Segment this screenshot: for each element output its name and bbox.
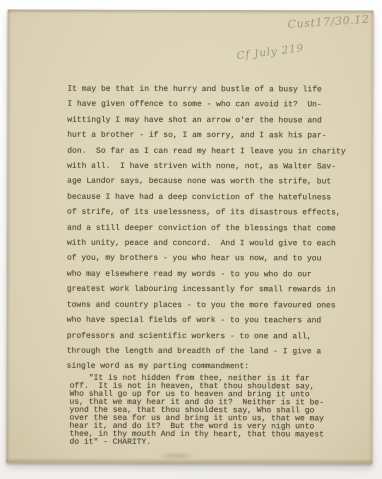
text-line: It may be that in the hurry and bustle o… — [67, 82, 345, 98]
text-line: with unity, peace and concord. And I wou… — [67, 236, 345, 252]
text-line: do it" - CHARITY. — [69, 438, 323, 447]
text-line: wittingly I may have shot an arrow o'er … — [67, 112, 345, 128]
paper-top-edge — [8, 10, 374, 15]
scanned-document-photo: Cust17/30.12 Cf July 219 It may be that … — [0, 0, 382, 479]
main-paragraph: It may be that in the hurry and bustle o… — [67, 82, 346, 375]
text-line: with all. I have striven with none, not,… — [67, 159, 345, 175]
text-line: through the length and breadth of the la… — [67, 344, 345, 360]
pencil-date-annotation: Cf July 219 — [236, 42, 305, 62]
text-line: and a still deeper conviction of the ble… — [67, 220, 345, 236]
typescript-page: Cust17/30.12 Cf July 219 It may be that … — [6, 10, 373, 464]
text-line: age Landor says, because none was worth … — [67, 174, 345, 190]
text-line: professors and scientific workers - to o… — [67, 328, 345, 344]
text-line: I have given offence to some - who can a… — [67, 97, 345, 113]
text-line: because I have had a deep conviction of … — [67, 190, 345, 206]
text-line: single word as my parting commandment: — [67, 359, 345, 375]
pencil-catalog-annotation: Cust17/30.12 — [287, 13, 370, 31]
quote-block: "It is not hidden from thee, neither is … — [69, 375, 324, 447]
text-line: who have special fields of work - to you… — [67, 313, 345, 329]
text-line: hurt a brother - if so, I am sorry, and … — [67, 128, 345, 144]
text-line: don. So far as I can read my heart I lea… — [67, 143, 345, 159]
paper-right-edge — [368, 10, 373, 463]
paper-left-edge — [6, 10, 11, 463]
text-line: of you, my brothers - you who hear us no… — [67, 251, 345, 267]
text-line: greatest work labouring incessantly for … — [67, 282, 345, 298]
text-line: of strife, of its uselessness, of its di… — [67, 205, 345, 221]
text-line: who may elsewhere read my words - to you… — [67, 267, 345, 283]
paper-smudge — [154, 452, 198, 460]
text-line: towns and country places - to you the mo… — [67, 297, 345, 313]
